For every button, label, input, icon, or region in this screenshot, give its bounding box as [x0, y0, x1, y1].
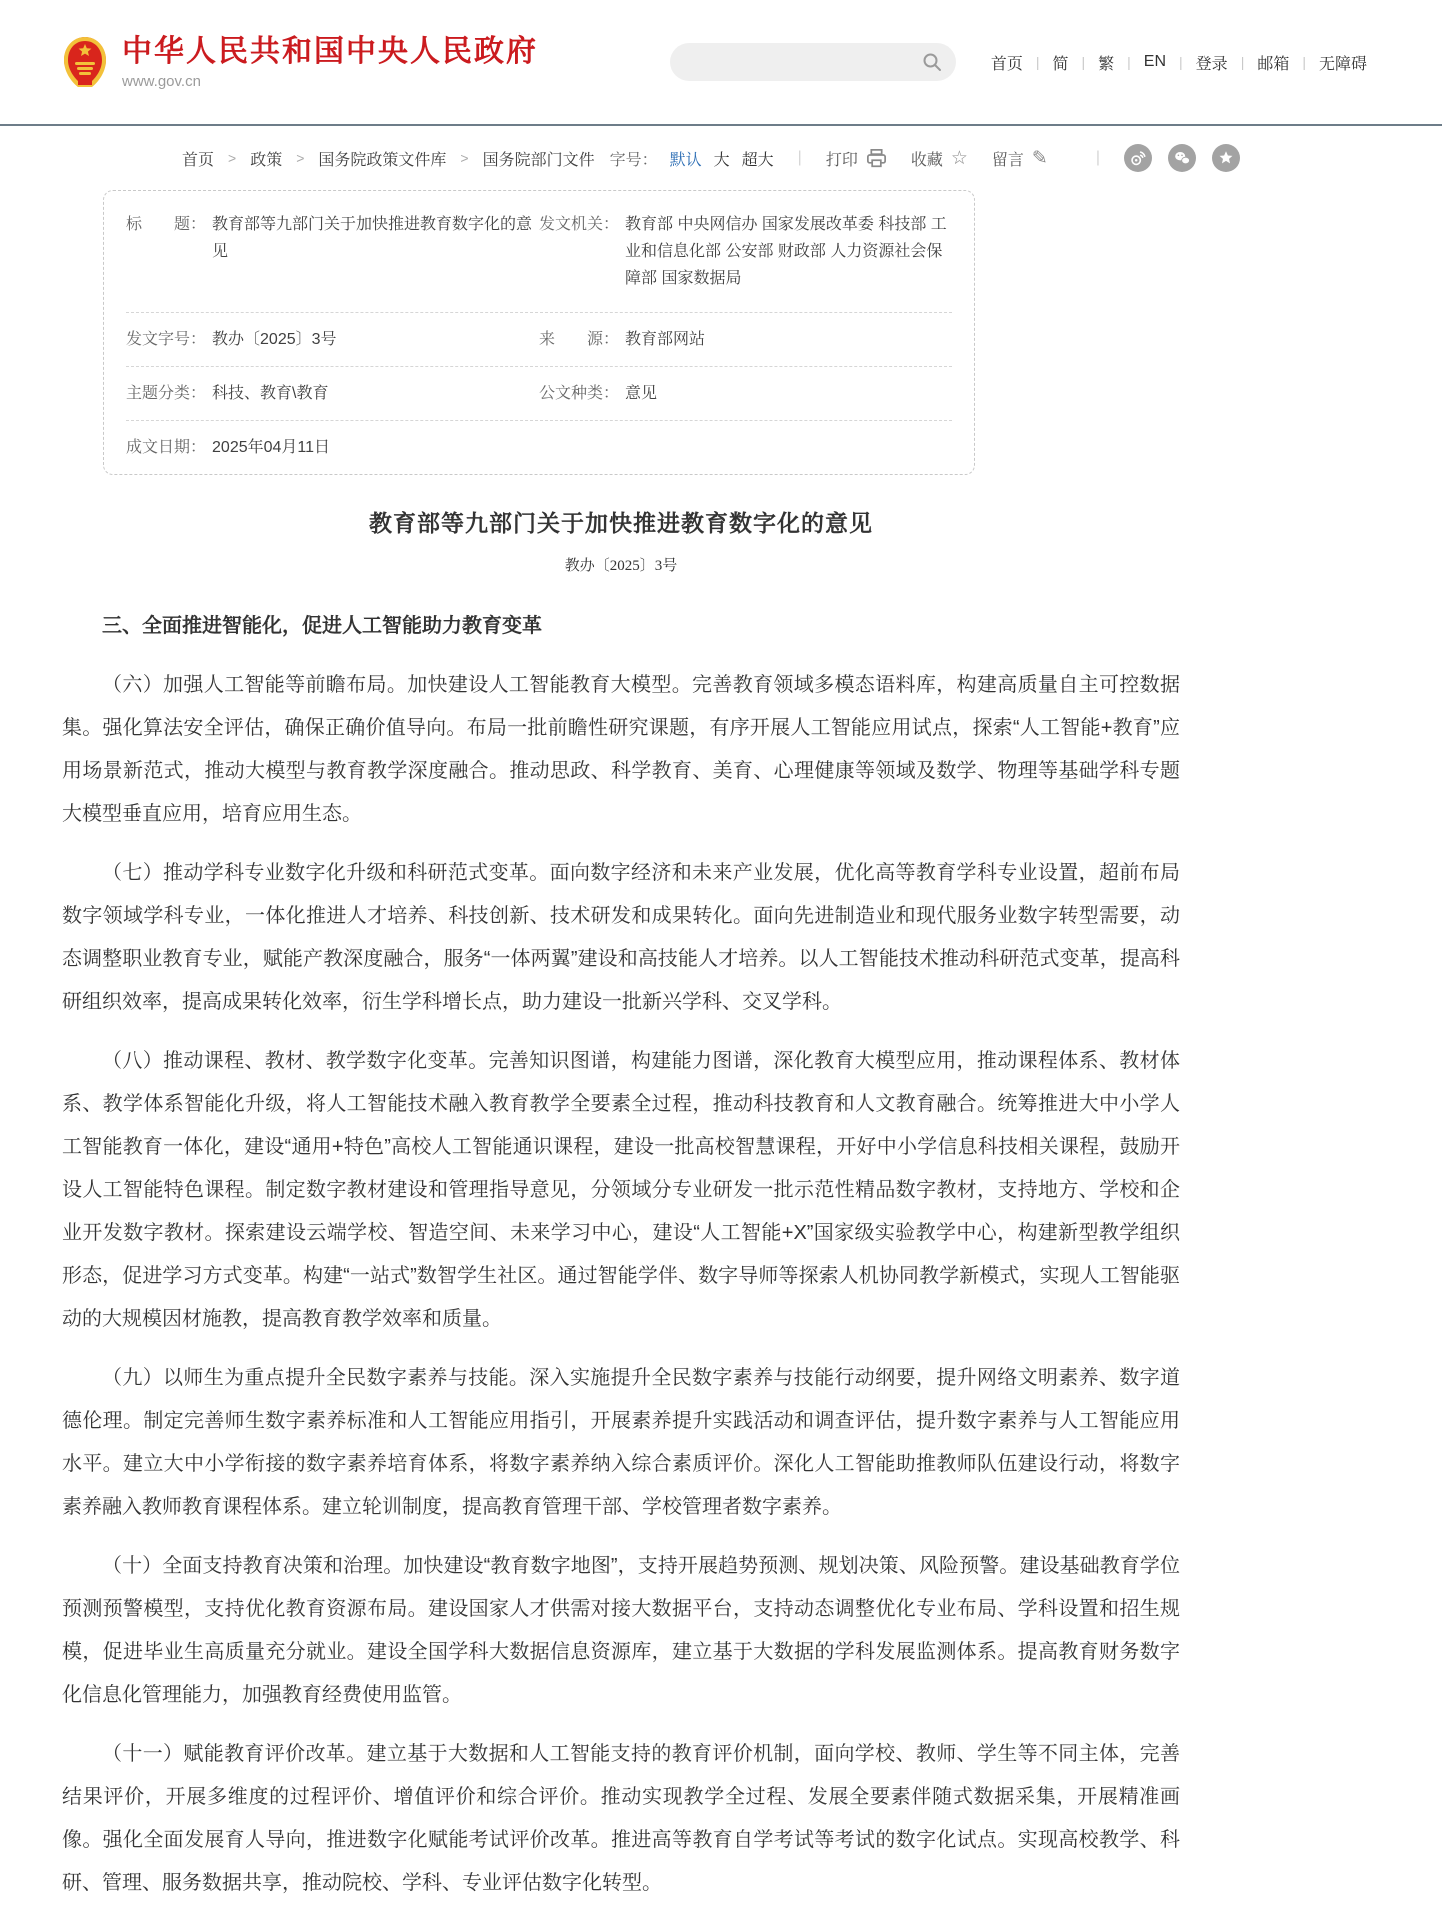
breadcrumb-home[interactable]: 首页 — [182, 147, 214, 170]
nav-simplified[interactable]: 简 — [1039, 51, 1081, 74]
printer-icon — [866, 149, 887, 168]
meta-label: 发文字号： — [126, 326, 206, 353]
breadcrumb-separator: > — [228, 150, 236, 166]
meta-date-cell: 成文日期： 2025年04月11日 — [126, 434, 539, 461]
nav-home[interactable]: 首页 — [978, 51, 1036, 74]
share-wechat-button[interactable] — [1168, 144, 1196, 172]
comment-button[interactable]: 留言 ✎ — [992, 147, 1048, 170]
meta-label: 来 源： — [539, 326, 619, 353]
meta-value: 教办〔2025〕3号 — [212, 326, 337, 353]
breadcrumb: 首页 > 政策 > 国务院政策文件库 > 国务院部门文件 — [182, 147, 595, 170]
site-logo[interactable]: 中华人民共和国中央人民政府 www.gov.cn — [62, 35, 538, 90]
paragraph-6: （六）加强人工智能等前瞻布局。加快建设人工智能教育大模型。完善教育领域多模态语料… — [62, 664, 1180, 836]
nav-login[interactable]: 登录 — [1183, 51, 1241, 74]
toolbar-divider: | — [798, 149, 802, 167]
national-emblem-icon — [62, 36, 108, 88]
meta-value: 教育部等九部门关于加快推进教育数字化的意见 — [212, 211, 539, 292]
meta-label: 成文日期： — [126, 434, 206, 461]
nav-traditional[interactable]: 繁 — [1085, 51, 1127, 74]
meta-source-cell: 来 源： 教育部网站 — [539, 326, 952, 353]
paragraph-9: （九）以师生为重点提升全民数字素养与技能。深入实施提升全民数字素养与技能行动纲要… — [62, 1357, 1180, 1529]
meta-value: 2025年04月11日 — [212, 434, 330, 461]
paragraph-7: （七）推动学科专业数字化升级和科研范式变革。面向数字经济和未来产业发展，优化高等… — [62, 852, 1180, 1024]
search-input[interactable] — [688, 54, 922, 71]
doc-number: 教办〔2025〕3号 — [62, 554, 1180, 575]
meta-doc-number-cell: 发文字号： 教办〔2025〕3号 — [126, 326, 539, 353]
page-title: 教育部等九部门关于加快推进教育数字化的意见 — [62, 505, 1180, 538]
star-icon: ☆ — [951, 149, 968, 168]
font-size-large[interactable]: 大 — [714, 147, 730, 170]
print-button[interactable]: 打印 — [826, 147, 887, 170]
meta-label: 主题分类： — [126, 380, 206, 407]
star-circle-icon — [1217, 149, 1235, 167]
paragraph-8: （八）推动课程、教材、教学数字化变革。完善知识图谱，构建能力图谱，深化教育大模型… — [62, 1040, 1180, 1341]
font-size-xlarge[interactable]: 超大 — [742, 147, 774, 170]
table-row: 发文字号： 教办〔2025〕3号 来 源： 教育部网站 — [126, 313, 952, 367]
meta-label: 公文种类： — [539, 380, 619, 407]
paragraph-10: （十）全面支持教育决策和治理。加快建设“教育数字地图”，支持开展趋势预测、规划决… — [62, 1545, 1180, 1717]
font-size-label: 字号： — [610, 147, 658, 170]
document-meta-table: 标 题： 教育部等九部门关于加快推进教育数字化的意见 发文机关： 教育部 中央网… — [103, 190, 975, 475]
meta-value: 教育部 中央网信办 国家发展改革委 科技部 工业和信息化部 公安部 财政部 人力… — [625, 211, 952, 292]
meta-value: 意见 — [625, 380, 657, 407]
meta-empty-cell — [539, 434, 952, 461]
wechat-icon — [1173, 149, 1191, 167]
header-search-box[interactable] — [670, 43, 956, 81]
section-heading: 三、全面推进智能化，促进人工智能助力教育变革 — [62, 605, 1180, 648]
nav-mail[interactable]: 邮箱 — [1244, 51, 1302, 74]
nav-accessibility[interactable]: 无障碍 — [1306, 51, 1380, 74]
meta-label: 发文机关： — [539, 211, 619, 292]
site-url: www.gov.cn — [122, 73, 538, 90]
table-row: 主题分类： 科技、教育\教育 公文种类： 意见 — [126, 367, 952, 421]
meta-value: 科技、教育\教育 — [212, 380, 328, 407]
breadcrumb-separator: > — [296, 150, 304, 166]
meta-doc-type-cell: 公文种类： 意见 — [539, 380, 952, 407]
breadcrumb-department-docs[interactable]: 国务院部门文件 — [483, 147, 595, 170]
meta-title-cell: 标 题： 教育部等九部门关于加快推进教育数字化的意见 — [126, 211, 539, 292]
article-toolbar: 字号： 默认 大 超大 | 打印 收藏 ☆ 留言 ✎ | — [610, 144, 1240, 172]
meta-label: 标 题： — [126, 211, 206, 292]
toolbar-divider: | — [1096, 149, 1100, 167]
nav-english[interactable]: EN — [1131, 53, 1179, 71]
table-row: 标 题： 教育部等九部门关于加快推进教育数字化的意见 发文机关： 教育部 中央网… — [126, 191, 952, 313]
share-weibo-button[interactable] — [1124, 144, 1152, 172]
article-body: 教育部等九部门关于加快推进教育数字化的意见 教办〔2025〕3号 三、全面推进智… — [62, 505, 1180, 1905]
breadcrumb-separator: > — [460, 150, 468, 166]
breadcrumb-policy[interactable]: 政策 — [250, 147, 282, 170]
meta-value: 教育部网站 — [625, 326, 705, 353]
font-size-default[interactable]: 默认 — [670, 147, 702, 170]
site-title: 中华人民共和国中央人民政府 — [122, 35, 538, 69]
top-nav: 首页| 简| 繁| EN| 登录| 邮箱| 无障碍 — [978, 51, 1380, 74]
breadcrumb-toolbar-row: 首页 > 政策 > 国务院政策文件库 > 国务院部门文件 字号： 默认 大 超大… — [182, 144, 1240, 172]
meta-issuing-org-cell: 发文机关： 教育部 中央网信办 国家发展改革委 科技部 工业和信息化部 公安部 … — [539, 211, 952, 292]
paragraph-11: （十一）赋能教育评价改革。建立基于大数据和人工智能支持的教育评价机制，面向学校、… — [62, 1733, 1180, 1905]
meta-topic-cell: 主题分类： 科技、教育\教育 — [126, 380, 539, 407]
share-favorite-button[interactable] — [1212, 144, 1240, 172]
site-header: 中华人民共和国中央人民政府 www.gov.cn 首页| 简| 繁| EN| 登… — [0, 0, 1442, 126]
share-group — [1124, 144, 1240, 172]
breadcrumb-policy-library[interactable]: 国务院政策文件库 — [318, 147, 446, 170]
favorite-button[interactable]: 收藏 ☆ — [911, 147, 968, 170]
table-row: 成文日期： 2025年04月11日 — [126, 421, 952, 474]
search-icon[interactable] — [922, 52, 942, 72]
weibo-icon — [1129, 149, 1147, 167]
pencil-icon: ✎ — [1032, 149, 1048, 168]
